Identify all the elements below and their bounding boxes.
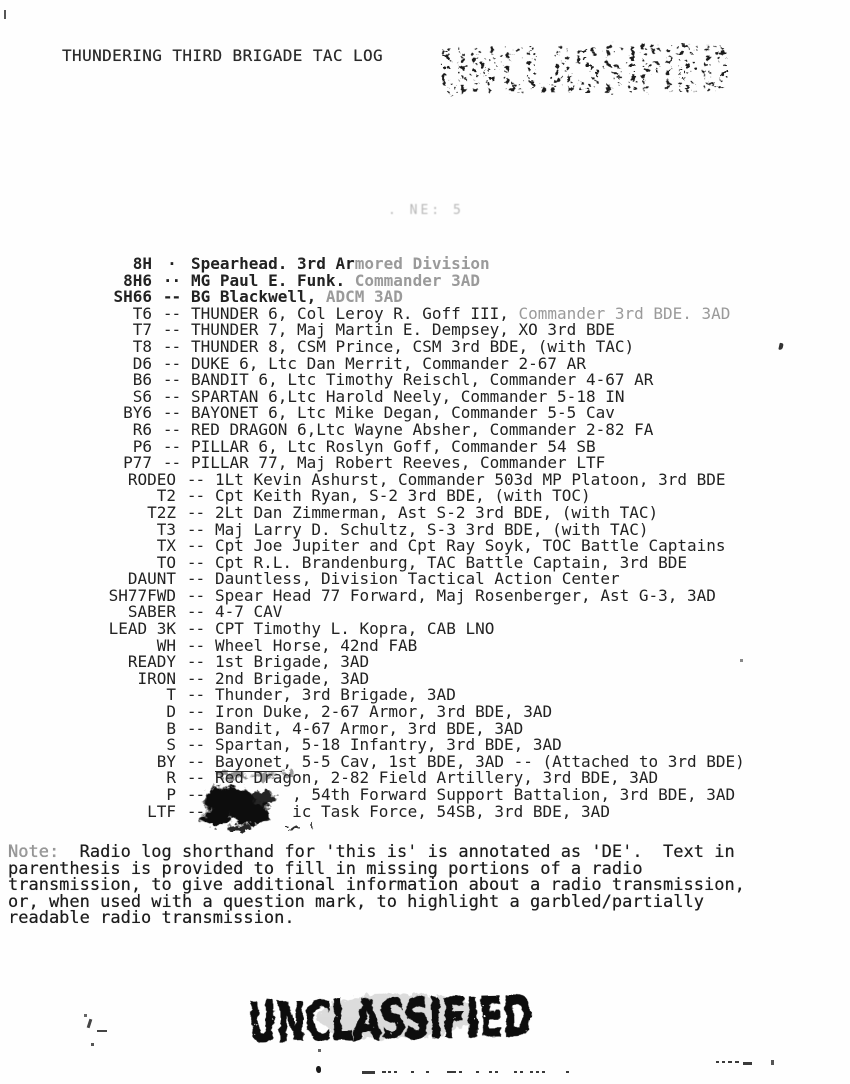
scan-dash	[426, 1071, 429, 1073]
scan-dash	[514, 1071, 517, 1073]
callsign-roster: 8H·Spearhead. 3rd Armored Division8H6··M…	[84, 256, 745, 820]
faded-section-heading: . NE: 5	[388, 203, 464, 218]
callsign: T2Z	[108, 505, 176, 522]
ink-speck	[771, 1060, 774, 1065]
scan-dash	[716, 1061, 719, 1063]
stamp-bottom-text: UNCLASSIFIED	[247, 985, 532, 1054]
scan-dash	[394, 1071, 397, 1073]
ink-blot-core	[194, 780, 286, 832]
scan-dash	[743, 1062, 752, 1065]
scan-dash	[459, 1071, 462, 1073]
scan-dash	[536, 1071, 539, 1073]
scan-dash	[530, 1071, 533, 1073]
scan-dash	[489, 1071, 492, 1073]
ink-speck	[91, 1043, 94, 1046]
scan-dash	[566, 1071, 569, 1073]
scan-dash	[735, 1061, 739, 1063]
unclassified-stamp-top: UNCLASSIFIED	[436, 28, 737, 111]
scan-dash	[362, 1071, 375, 1074]
roster-line: 8H6··MG Paul E. Funk. Commander 3AD	[84, 273, 745, 290]
scan-dash	[728, 1061, 732, 1063]
scan-dash	[542, 1071, 545, 1073]
scan-dash	[476, 1071, 479, 1073]
ink-speck	[288, 826, 299, 829]
separator: --	[176, 505, 215, 522]
scan-dash	[722, 1061, 725, 1063]
ink-speck	[778, 343, 783, 351]
ink-speck	[316, 1066, 321, 1073]
callsign: LTF	[108, 804, 176, 821]
unclassified-stamp-bottom: UNCLASSIFIED	[245, 983, 538, 1055]
ink-speck	[84, 1014, 87, 1017]
scan-dash	[388, 1071, 391, 1073]
note-line: readable radio transmission.	[8, 910, 745, 927]
ink-speck	[4, 10, 6, 19]
stamp-top-text: UNCLASSIFIED	[440, 32, 731, 108]
scan-dash	[382, 1071, 386, 1073]
ink-speck	[310, 824, 314, 828]
ink-blot	[194, 766, 298, 840]
scan-dash	[495, 1071, 498, 1073]
page-title: THUNDERING THIRD BRIGADE TAC LOG	[62, 46, 383, 65]
ink-speck	[97, 1030, 107, 1032]
ink-speck	[87, 1019, 93, 1028]
ink-speck	[318, 1049, 321, 1052]
ink-speck	[740, 659, 743, 662]
scan-dash	[447, 1071, 456, 1073]
scan-dash	[411, 1071, 414, 1073]
scanned-document-page: THUNDERING THIRD BRIGADE TAC LOG UNCLASS…	[0, 0, 850, 1084]
note-paragraph: Note: Radio log shorthand for 'this is' …	[8, 844, 745, 927]
description: Spear Head 77 Forward, Maj Rosenberger, …	[215, 588, 716, 605]
scan-dash	[520, 1071, 523, 1073]
